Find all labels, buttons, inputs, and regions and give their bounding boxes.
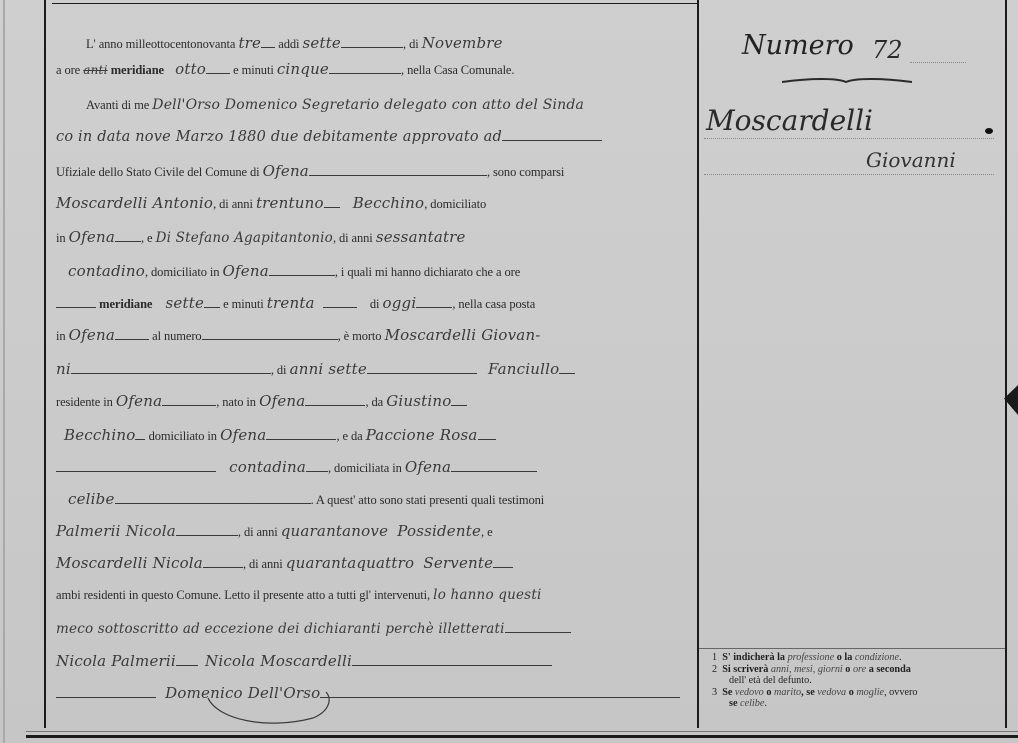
record-line-13: Becchino domiciliato in Ofena, e da Pacc…: [56, 422, 692, 448]
record-line-16: Palmerii Nicola, di anni quarantanove Po…: [56, 518, 692, 544]
record-line-14: contadina, domiciliata in Ofena: [56, 454, 692, 480]
given-dotted-line: [704, 174, 994, 175]
document-page: L' anno milleottocentonovanta tre addì s…: [0, 0, 1018, 743]
surname-dotted-line: [704, 138, 994, 139]
record-line-15: celibe. A quest' atto sono stati present…: [56, 486, 692, 512]
record-line-2: a ore anti meridiane otto e minuti cinqu…: [56, 56, 692, 82]
signature-nicola-moscardelli: Nicola Moscardelli: [205, 652, 352, 670]
record-line-8: contadino, domiciliato in Ofena, i quali…: [56, 258, 692, 284]
bottom-rule-thin: [26, 731, 1018, 732]
officer-signature: Domenico Dell'Orso: [56, 680, 692, 706]
record-line-17: Moscardelli Nicola, di anni quarantaquat…: [56, 550, 692, 576]
record-line-10: in Ofena al numero, è morto Moscardelli …: [56, 322, 692, 348]
witness-signatures: Nicola Palmerii Nicola Moscardelli: [56, 648, 692, 674]
record-number: 72: [872, 36, 903, 64]
record-line-9: meridiane sette e minuti trenta di oggi,…: [56, 290, 692, 316]
top-rule: [52, 3, 697, 4]
signature-flourish: [198, 690, 338, 730]
ink-blot: [985, 128, 993, 134]
record-line-5: Ufiziale dello Stato Civile del Comune d…: [56, 158, 692, 184]
bottom-rule: [26, 735, 1018, 738]
left-frame-rule: [44, 0, 46, 728]
record-line-12: residente in Ofena, nato in Ofena, da Gi…: [56, 388, 692, 414]
scan-edge: [3, 0, 5, 743]
footnote-1: 1 S' indicherà la professione o la condi…: [712, 652, 1002, 664]
number-dotted-line: [910, 62, 966, 63]
footnote-divider: [699, 648, 1005, 649]
record-line-1: L' anno milleottocentonovanta tre addì s…: [56, 30, 692, 56]
right-frame-rule: [1005, 0, 1007, 728]
record-line-19: meco sottoscritto ad eccezione dei dichi…: [56, 616, 692, 642]
record-line-7: in Ofena, e Di Stefano Agapitantonio, di…: [56, 224, 692, 250]
record-line-3: Avanti di me Dell'Orso Domenico Segretar…: [56, 92, 692, 118]
record-line-4: co in data nove Marzo 1880 due debitamen…: [56, 124, 692, 150]
margin-surname: Moscardelli: [706, 104, 873, 137]
record-line-18: ambi residenti in questo Comune. Letto i…: [56, 582, 692, 608]
footnote-3: 3 Se vedovo o marito, se vedova o moglie…: [712, 687, 1002, 699]
record-line-11: ni, di anni sette Fanciullo: [56, 356, 692, 382]
margin-given-name: Giovanni: [866, 148, 956, 172]
record-line-6: Moscardelli Antonio, di anni trentuno Be…: [56, 190, 692, 216]
margin-number-label: Numero: [742, 30, 854, 61]
swash-ornament-icon: [782, 76, 912, 86]
signature-nicola-palmerii: Nicola Palmerii: [56, 652, 176, 670]
footnotes: 1 S' indicherà la professione o la condi…: [712, 652, 1002, 710]
center-divider-rule: [697, 0, 699, 728]
footnote-2: 2 Si scriverà anni, mesi, giorni o ore a…: [712, 664, 1002, 676]
